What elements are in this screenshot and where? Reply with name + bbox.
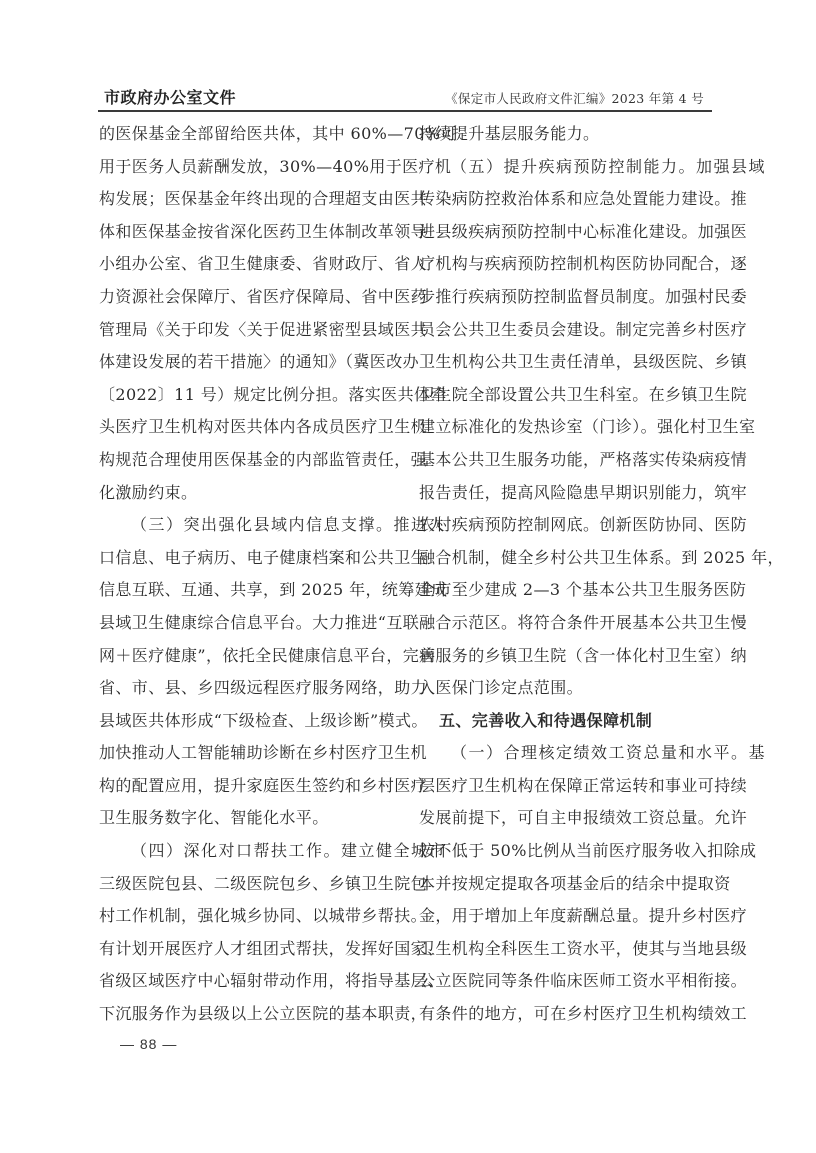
text-line: 网＋医疗健康”，依托全民健康信息平台，完善 [99,640,406,673]
text-line: 省级区域医疗中心辐射带动作用，将指导基层、 [99,965,406,998]
text-line: 体和医保基金按省深化医药卫生体制改革领导 [99,216,406,249]
text-line: 步推行疾病预防控制监督员制度。加强村民委 [419,281,726,314]
subsection-heading-line: （一）合理核定绩效工资总量和水平。基 [419,737,726,770]
text-line: 构发展；医保基金年终出现的合理超支由医共 [99,183,406,216]
text-line: 头医疗卫生机构对医共体内各成员医疗卫生机 [99,411,406,444]
text-line: 信息互联、互通、共享，到 2025 年，统筹建成 [99,574,406,607]
text-line: 层医疗卫生机构在保障正常运转和事业可持续 [419,770,726,803]
text-line: 有条件的地方，可在乡村医疗卫生机构绩效工 [419,998,726,1031]
text-line: 按不低于 50%比例从当前医疗服务收入扣除成 [419,835,726,868]
text-line: 县域医共体形成“下级检查、上级诊断”模式。 [99,705,406,738]
text-line: 持续提升基层服务能力。 [419,118,726,151]
subsection-heading-line: （三）突出强化县域内信息支撑。推进人 [99,509,406,542]
page-header: 市政府办公室文件 《保定市人民政府文件汇编》2023 年第 4 号 [98,84,712,112]
text-line: 小组办公室、省卫生健康委、省财政厅、省人 [99,248,406,281]
text-line: 卫生机构公共卫生责任清单，县级医院、乡镇 [419,346,726,379]
subsection-heading-line: （四）深化对口帮扶工作。建立健全城市 [99,835,406,868]
text-line: 卫生机构全科医生工资水平，使其与当地县级 [419,933,726,966]
text-line: 发展前提下，可自主申报绩效工资总量。允许 [419,802,726,835]
text-line: 农村疾病预防控制网底。创新医防协同、医防 [419,509,726,542]
left-column: 的医保基金全部留给医共体，其中 60%—70%可用于医务人员薪酬发放，30%—4… [99,118,406,1031]
text-line: 报告责任，提高风险隐患早期识别能力，筑牢 [419,477,726,510]
text-line: 的医保基金全部留给医共体，其中 60%—70%可 [99,118,406,151]
text-line: 公立医院同等条件临床医师工资水平相衔接。 [419,965,726,998]
text-line: 下沉服务作为县级以上公立医院的基本职责， [99,998,406,1031]
text-line: 管理局《关于印发〈关于促进紧密型县域医共 [99,314,406,347]
text-line: 县域卫生健康综合信息平台。大力推进“互联 [99,607,406,640]
text-line: 三级医院包县、二级医院包乡、乡镇卫生院包 [99,868,406,901]
text-line: 本并按规定提取各项基金后的结余中提取资 [419,868,726,901]
text-line: 加快推动人工智能辅助诊断在乡村医疗卫生机 [99,737,406,770]
text-line: 村工作机制，强化城乡协同、以城带乡帮扶。 [99,900,406,933]
text-line: 口信息、电子病历、电子健康档案和公共卫生 [99,542,406,575]
text-line: 融合机制，健全乡村公共卫生体系。到 2025 年， [419,542,726,575]
page-number: — 88 — [120,1036,177,1052]
text-line: 进县级疾病预防控制中心标准化建设。加强医 [419,216,726,249]
text-line: 构规范合理使用医保基金的内部监管责任，强 [99,444,406,477]
text-line: 化激励约束。 [99,477,406,510]
text-line: 病服务的乡镇卫生院（含一体化村卫生室）纳 [419,640,726,673]
text-line: 建立标准化的发热诊室（门诊）。强化村卫生室 [419,411,726,444]
text-line: 疗机构与疾病预防控制机构医防协同配合，逐 [419,248,726,281]
text-line: 构的配置应用，提升家庭医生签约和乡村医疗 [99,770,406,803]
text-line: 入医保门诊定点范围。 [419,672,726,705]
text-line: 省、市、县、乡四级远程医疗服务网络，助力 [99,672,406,705]
text-line: 融合示范区。将符合条件开展基本公共卫生慢 [419,607,726,640]
text-line: 传染病防控救治体系和应急处置能力建设。推 [419,183,726,216]
header-office-title: 市政府办公室文件 [104,85,236,108]
text-line: 有计划开展医疗人才组团式帮扶，发挥好国家、 [99,933,406,966]
text-line: 卫生院全部设置公共卫生科室。在乡镇卫生院 [419,379,726,412]
text-line: 基本公共卫生服务功能，严格落实传染病疫情 [419,444,726,477]
text-line: 金，用于增加上年度薪酬总量。提升乡村医疗 [419,900,726,933]
subsection-heading-line: （五）提升疾病预防控制能力。加强县域 [419,151,726,184]
text-line: 〔2022〕11 号）规定比例分担。落实医共体牵 [99,379,406,412]
text-line: 卫生服务数字化、智能化水平。 [99,802,406,835]
text-line: 体建设发展的若干措施〉的通知》（冀医改办 [99,346,406,379]
text-line: 用于医务人员薪酬发放，30%—40%用于医疗机 [99,151,406,184]
text-line: 力资源社会保障厅、省医疗保障局、省中医药 [99,281,406,314]
right-column: 持续提升基层服务能力。（五）提升疾病预防控制能力。加强县域传染病防控救治体系和应… [419,118,726,1031]
text-line: 全市至少建成 2—3 个基本公共卫生服务医防 [419,574,726,607]
header-publication-title: 《保定市人民政府文件汇编》2023 年第 4 号 [445,89,704,107]
text-line: 员会公共卫生委员会建设。制定完善乡村医疗 [419,314,726,347]
section-heading: 五、完善收入和待遇保障机制 [419,705,726,738]
